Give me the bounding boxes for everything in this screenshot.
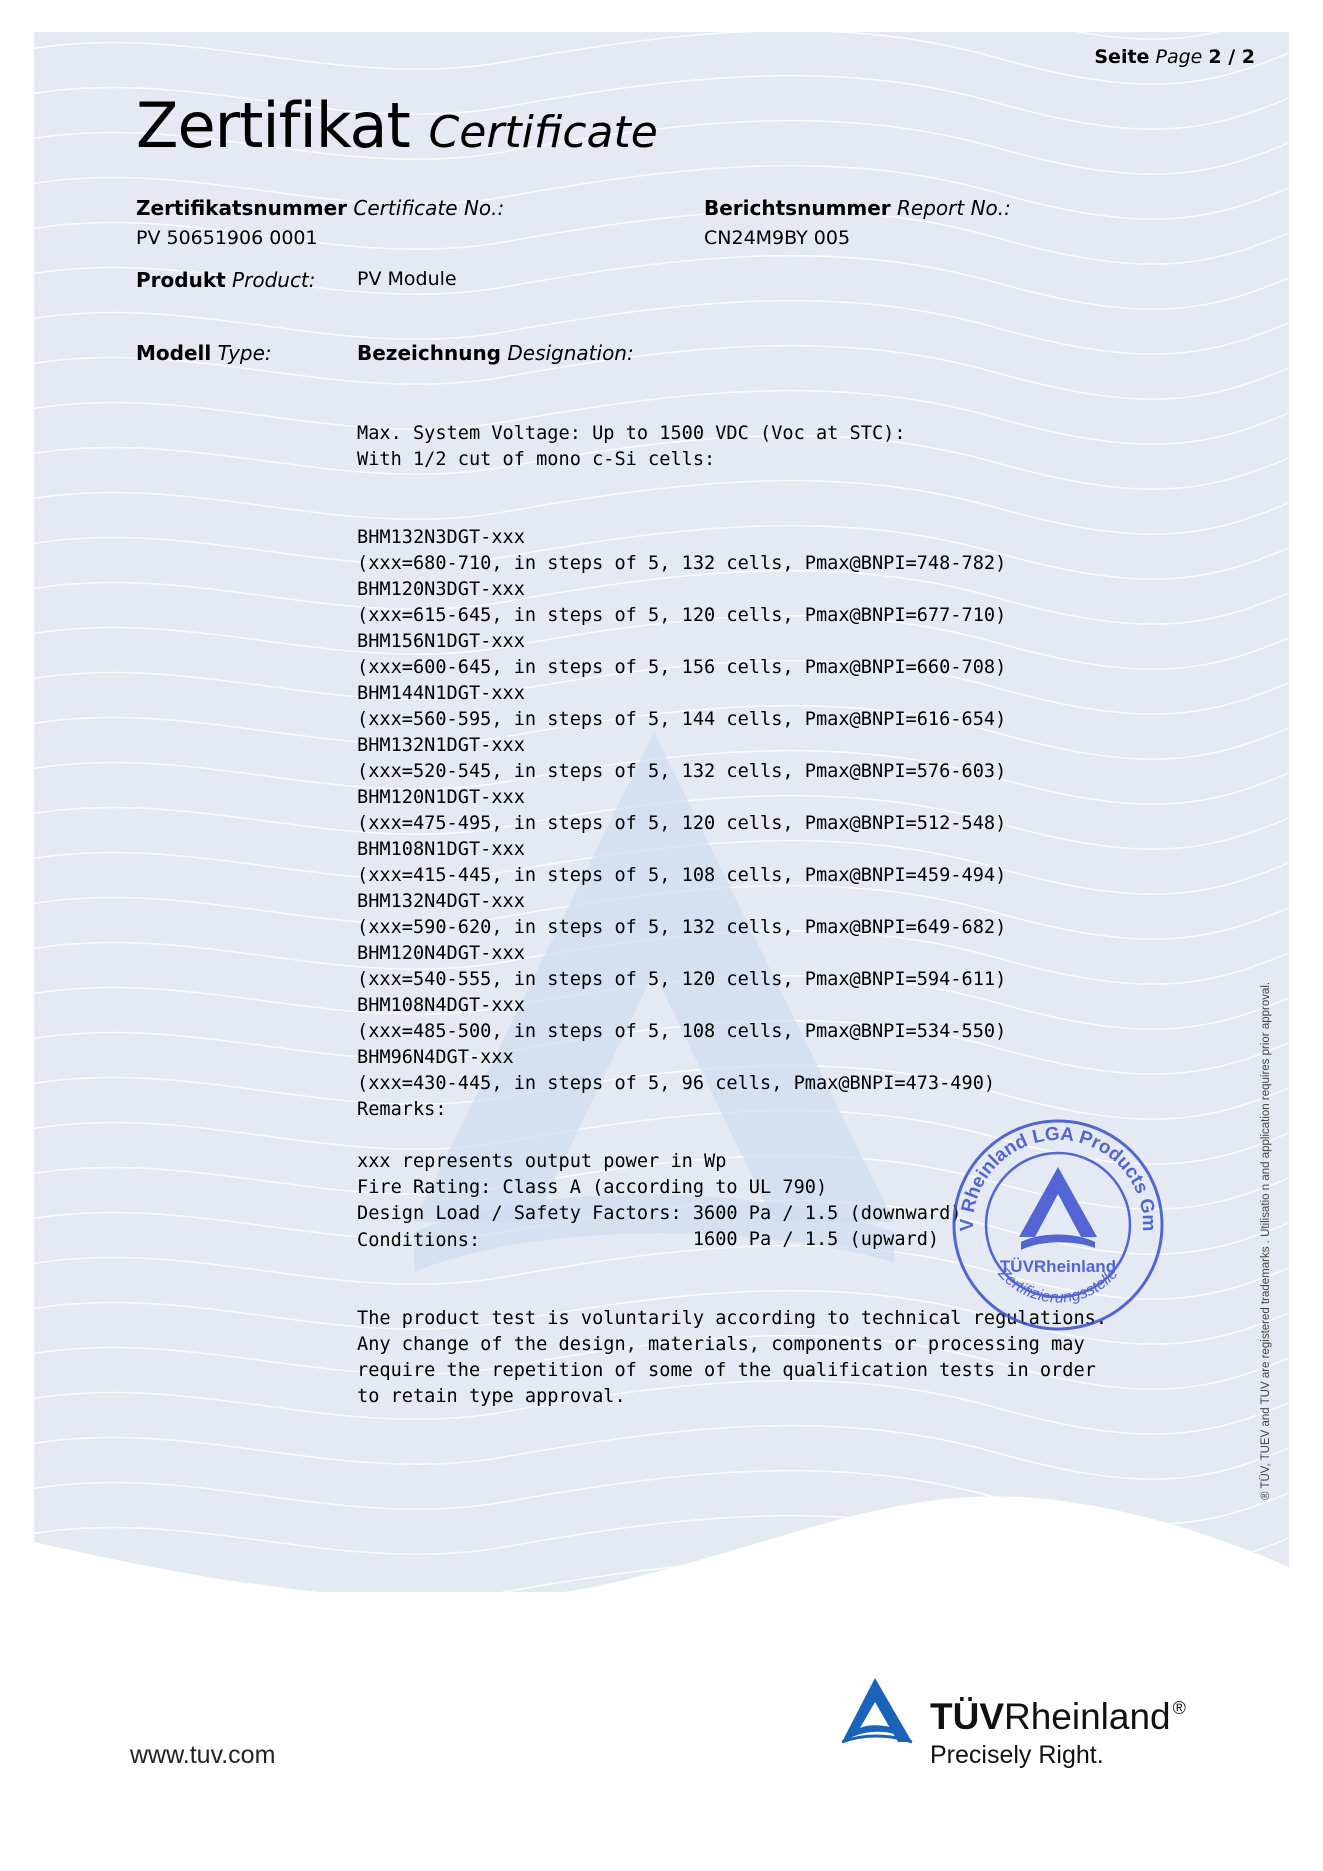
model-name: BHM144N1DGT-xxx <box>357 681 1006 707</box>
title-de: Zertifikat <box>136 89 410 162</box>
model-name: BHM120N4DGT-xxx <box>357 941 1006 967</box>
conditions-line: to retain type approval. <box>357 1384 1107 1410</box>
model-spec: (xxx=680-710, in steps of 5, 132 cells, … <box>357 551 1006 577</box>
model-name: BHM108N4DGT-xxx <box>357 993 1006 1019</box>
conditions-line: require the repetition of some of the qu… <box>357 1358 1107 1384</box>
model-name: BHM132N3DGT-xxx <box>357 525 1006 551</box>
trademark-note: ® TÜV, TUEV and TUV are registered trade… <box>1260 982 1272 1500</box>
designation-intro: Max. System Voltage: Up to 1500 VDC (Voc… <box>357 421 1006 473</box>
tuv-tagline: Precisely Right. <box>930 1741 1104 1770</box>
model-spec: (xxx=560-595, in steps of 5, 144 cells, … <box>357 707 1006 733</box>
tuv-brand: TÜVRheinland® <box>930 1696 1186 1738</box>
report-no-label: Berichtsnummer Report No.: <box>704 196 1011 220</box>
model-label: Modell Type: <box>136 341 272 365</box>
model-spec: (xxx=415-445, in steps of 5, 108 cells, … <box>357 863 1006 889</box>
certificate-no-label: Zertifikatsnummer Certificate No.: <box>136 196 504 220</box>
model-spec: (xxx=590-620, in steps of 5, 132 cells, … <box>357 915 1006 941</box>
stamp-inner-text: TÜVRheinland <box>1000 1257 1116 1276</box>
stamp-triangle-icon <box>1019 1167 1097 1237</box>
report-no-value: CN24M9BY 005 <box>704 227 850 249</box>
remarks-heading: Remarks: <box>357 1097 962 1123</box>
page-label-de: Seite <box>1094 46 1149 68</box>
model-spec: (xxx=615-645, in steps of 5, 120 cells, … <box>357 603 1006 629</box>
page-title: Zertifikat Certificate <box>136 95 658 157</box>
certificate-no-value: PV 50651906 0001 <box>136 227 318 249</box>
model-list: BHM132N3DGT-xxx(xxx=680-710, in steps of… <box>357 525 1006 1097</box>
model-spec: (xxx=520-545, in steps of 5, 132 cells, … <box>357 759 1006 785</box>
model-name: BHM120N1DGT-xxx <box>357 785 1006 811</box>
model-name: BHM132N1DGT-xxx <box>357 733 1006 759</box>
page-indicator: Seite Page 2 / 2 <box>1094 46 1255 68</box>
designation-intro-line: Max. System Voltage: Up to 1500 VDC (Voc… <box>357 421 1006 447</box>
designation-intro-line: With 1/2 cut of mono c-Si cells: <box>357 447 1006 473</box>
tuv-logo-icon <box>838 1676 918 1751</box>
certification-stamp: TÜV Rheinland LGA Products GmbH Zertifiz… <box>945 1112 1171 1338</box>
model-spec: (xxx=540-555, in steps of 5, 120 cells, … <box>357 967 1006 993</box>
page-label-en: Page <box>1155 46 1202 68</box>
model-spec: (xxx=475-495, in steps of 5, 120 cells, … <box>357 811 1006 837</box>
model-spec: (xxx=600-645, in steps of 5, 156 cells, … <box>357 655 1006 681</box>
footer-url[interactable]: www.tuv.com <box>130 1741 275 1770</box>
model-name: BHM108N1DGT-xxx <box>357 837 1006 863</box>
model-name: BHM120N3DGT-xxx <box>357 577 1006 603</box>
stamp-outer-text: TÜV Rheinland LGA Products GmbH <box>945 1112 1159 1231</box>
model-spec: (xxx=485-500, in steps of 5, 108 cells, … <box>357 1019 1006 1045</box>
model-name: BHM156N1DGT-xxx <box>357 629 1006 655</box>
designation-label: Bezeichnung Designation: <box>357 341 634 365</box>
product-value: PV Module <box>357 268 457 290</box>
product-label: Produkt Product: <box>136 268 316 292</box>
page-number: 2 / 2 <box>1208 46 1255 68</box>
model-name: BHM132N4DGT-xxx <box>357 889 1006 915</box>
title-en: Certificate <box>429 107 658 158</box>
